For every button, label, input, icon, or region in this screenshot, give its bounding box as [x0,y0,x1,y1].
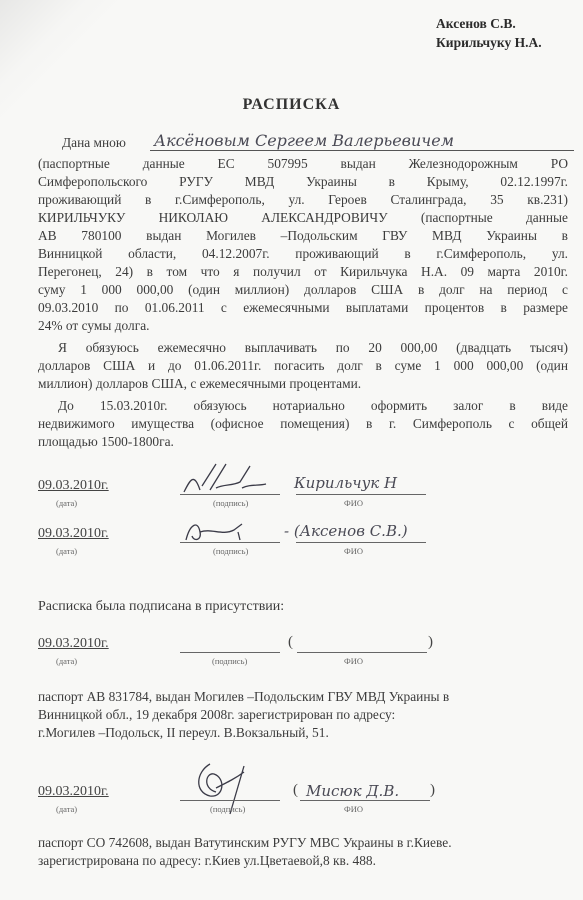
body-line: 09.03.2010 по 01.06.2011 с ежемесячными … [38,299,568,317]
date-caption: (дата) [56,804,77,814]
body-line: суму 1 000 000,00 (один миллион) долларо… [38,281,568,299]
addressee-block: Аксенов С.В. Кирильчуку Н.А. [436,14,542,52]
body-line: (паспортные данные ЕС 507995 выдан Желез… [38,155,568,173]
body-line: КИРИЛЬЧУКУ НИКОЛАЮ АЛЕКСАНДРОВИЧУ (паспо… [38,209,568,227]
witness2-passport-line: паспорт СО 742608, выдан Ватутинским РУГ… [38,834,452,852]
date-caption: (дата) [56,498,77,508]
body-line: Симферопольского РУГУ МВД Украины в Крым… [38,173,568,191]
fio-handwritten: Мисюк Д.В. [306,782,399,800]
obligation-line: Я обязуюсь ежемесячно выплачивать по 20 … [58,339,568,357]
addressee-line-2: Кирильчуку Н.А. [436,33,542,52]
close-paren: ) [430,782,435,799]
given-by-label: Дана мною [62,134,126,152]
scanned-document-page: Аксенов С.В. Кирильчуку Н.А. РАСПИСКА Да… [0,0,583,900]
addressee-line-1: Аксенов С.В. [436,14,542,33]
obligation-line: миллион) долларов США, с ежемесячными пр… [38,375,361,393]
signature-caption: (подпись) [212,656,247,666]
body-line: АВ 780100 выдан Могилев –Подольским ГВУ … [38,227,568,245]
obligation-line: долларов США и до 01.06.2011г. погасить … [38,357,568,375]
document-title: РАСПИСКА [0,96,583,114]
witness1-passport-line: Винницкой обл., 19 декабря 2008г. зареги… [38,706,395,724]
signature-scribble-icon [182,518,272,544]
signature-caption: (подпись) [213,498,248,508]
fio-caption: ФИО [344,804,363,814]
witness1-passport-line: паспорт АВ 831784, выдан Могилев –Подоль… [38,688,449,706]
witness-intro: Расписка была подписана в присутствии: [38,598,284,616]
signature-date: 09.03.2010г. [38,478,109,494]
date-caption: (дата) [56,656,77,666]
close-paren: ) [428,634,433,651]
witness-date: 09.03.2010г. [38,784,109,800]
signature-scribble-icon [180,462,270,498]
body-line: 24% от сумы долга. [38,317,150,335]
collateral-line: площадью 1500-1800га. [38,433,174,451]
body-line: Перегонец, 24) в том что я получил от Ки… [38,263,568,281]
signature-caption: (подпись) [213,546,248,556]
fio-caption: ФИО [344,546,363,556]
witness-date: 09.03.2010г. [38,636,109,652]
fio-line [297,651,427,653]
signature-line [180,651,280,653]
fio-caption: ФИО [344,498,363,508]
fio-line [296,493,426,495]
fio-handwritten: - (Аксенов С.В.) [284,522,408,540]
signature-line [180,799,280,801]
collateral-line: недвижимого имущества (офисное помещения… [38,415,568,433]
witness2-passport-line: зарегистрирована по адресу: г.Киев ул.Цв… [38,852,376,870]
open-paren: ( [288,634,293,651]
body-line: проживающий в г.Симферополь, ул. Героев … [38,191,568,209]
collateral-line: До 15.03.2010г. обязуюсь нотариально офо… [58,397,568,415]
given-by-handwritten-name: Аксёновым Сергеем Валерьевичем [150,131,574,151]
signature-caption: (подпись) [210,804,245,814]
fio-line [296,541,426,543]
signature-date: 09.03.2010г. [38,526,109,542]
open-paren: ( [293,782,298,799]
fio-caption: ФИО [344,656,363,666]
fio-handwritten: Кирильчук Н [294,474,397,492]
date-caption: (дата) [56,546,77,556]
body-line: Винницкой области, 04.12.2007г. проживаю… [38,245,568,263]
witness1-passport-line: г.Могилев –Подольск, II переул. В.Вокзал… [38,724,329,742]
